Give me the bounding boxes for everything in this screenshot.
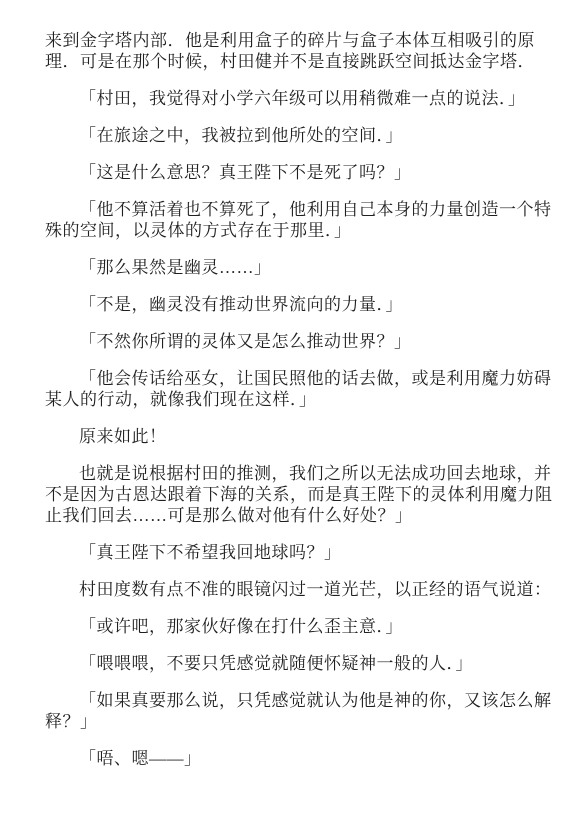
paragraph: 「真王陛下不希望我回地球吗？」: [45, 542, 557, 563]
text-line: 「不是，幽灵没有推动世界流向的力量．」: [45, 294, 557, 315]
text-line: 「真王陛下不希望我回地球吗？」: [45, 542, 557, 563]
text-line: 止我们回去……可是那么做对他有什么好处？」: [45, 505, 557, 526]
text-line: 「这是什么意思？真王陛下不是死了吗？」: [45, 162, 557, 183]
paragraph: 「这是什么意思？真王陛下不是死了吗？」: [45, 162, 557, 183]
text-line: 也就是说根据村田的推测，我们之所以无法成功回去地球，并: [45, 463, 557, 484]
text-line: 不是因为古恩达跟着下海的关系，而是真王陛下的灵体利用魔力阻: [45, 484, 557, 505]
paragraph: 「他会传话给巫女，让国民照他的话去做，或是利用魔力妨碍 某人的行动，就像我们现在…: [45, 368, 557, 410]
paragraph: 「不然你所谓的灵体又是怎么推动世界？」: [45, 331, 557, 352]
text-line: 「他会传话给巫女，让国民照他的话去做，或是利用魔力妨碍: [45, 368, 557, 389]
text-line: 「村田，我觉得对小学六年级可以用稍微难一点的说法．」: [45, 88, 557, 109]
paragraph: 「喂喂喂，不要只凭感觉就随便怀疑神一般的人．」: [45, 653, 557, 674]
paragraph: 来到金字塔内部．他是利用盒子的碎片与盒子本体互相吸引的原 理．可是在那个时候，村…: [45, 30, 557, 72]
text-line: 来到金字塔内部．他是利用盒子的碎片与盒子本体互相吸引的原: [45, 30, 557, 51]
paragraph: 原来如此！: [45, 426, 557, 447]
paragraph: 「那么果然是幽灵……」: [45, 257, 557, 278]
text-line: 释？」: [45, 711, 557, 732]
paragraph: 「如果真要那么说，只凭感觉就认为他是神的你，又该怎么解 释？」: [45, 690, 557, 732]
text-line: 「唔、嗯——」: [45, 748, 557, 769]
paragraph: 村田度数有点不准的眼镜闪过一道光芒，以正经的语气说道：: [45, 579, 557, 600]
text-line: 「喂喂喂，不要只凭感觉就随便怀疑神一般的人．」: [45, 653, 557, 674]
paragraph: 「不是，幽灵没有推动世界流向的力量．」: [45, 294, 557, 315]
paragraph: 「村田，我觉得对小学六年级可以用稍微难一点的说法．」: [45, 88, 557, 109]
text-line: 「或许吧，那家伙好像在打什么歪主意．」: [45, 616, 557, 637]
text-line: 村田度数有点不准的眼镜闪过一道光芒，以正经的语气说道：: [45, 579, 557, 600]
paragraph: 也就是说根据村田的推测，我们之所以无法成功回去地球，并 不是因为古恩达跟着下海的…: [45, 463, 557, 526]
paragraph: 「唔、嗯——」: [45, 748, 557, 769]
text-line: 「在旅途之中，我被拉到他所处的空间．」: [45, 125, 557, 146]
text-line: 「那么果然是幽灵……」: [45, 257, 557, 278]
text-line: 原来如此！: [45, 426, 557, 447]
text-line: 某人的行动，就像我们现在这样．」: [45, 389, 557, 410]
text-line: 理．可是在那个时候，村田健并不是直接跳跃空间抵达金字塔．: [45, 51, 557, 72]
paragraph: 「在旅途之中，我被拉到他所处的空间．」: [45, 125, 557, 146]
text-line: 「他不算活着也不算死了，他利用自己本身的力量创造一个特: [45, 199, 557, 220]
text-line: 「不然你所谓的灵体又是怎么推动世界？」: [45, 331, 557, 352]
text-line: 「如果真要那么说，只凭感觉就认为他是神的你，又该怎么解: [45, 690, 557, 711]
paragraph: 「他不算活着也不算死了，他利用自己本身的力量创造一个特 殊的空间，以灵体的方式存…: [45, 199, 557, 241]
text-line: 殊的空间，以灵体的方式存在于那里．」: [45, 220, 557, 241]
book-page: 来到金字塔内部．他是利用盒子的碎片与盒子本体互相吸引的原 理．可是在那个时候，村…: [0, 0, 583, 828]
paragraph: 「或许吧，那家伙好像在打什么歪主意．」: [45, 616, 557, 637]
